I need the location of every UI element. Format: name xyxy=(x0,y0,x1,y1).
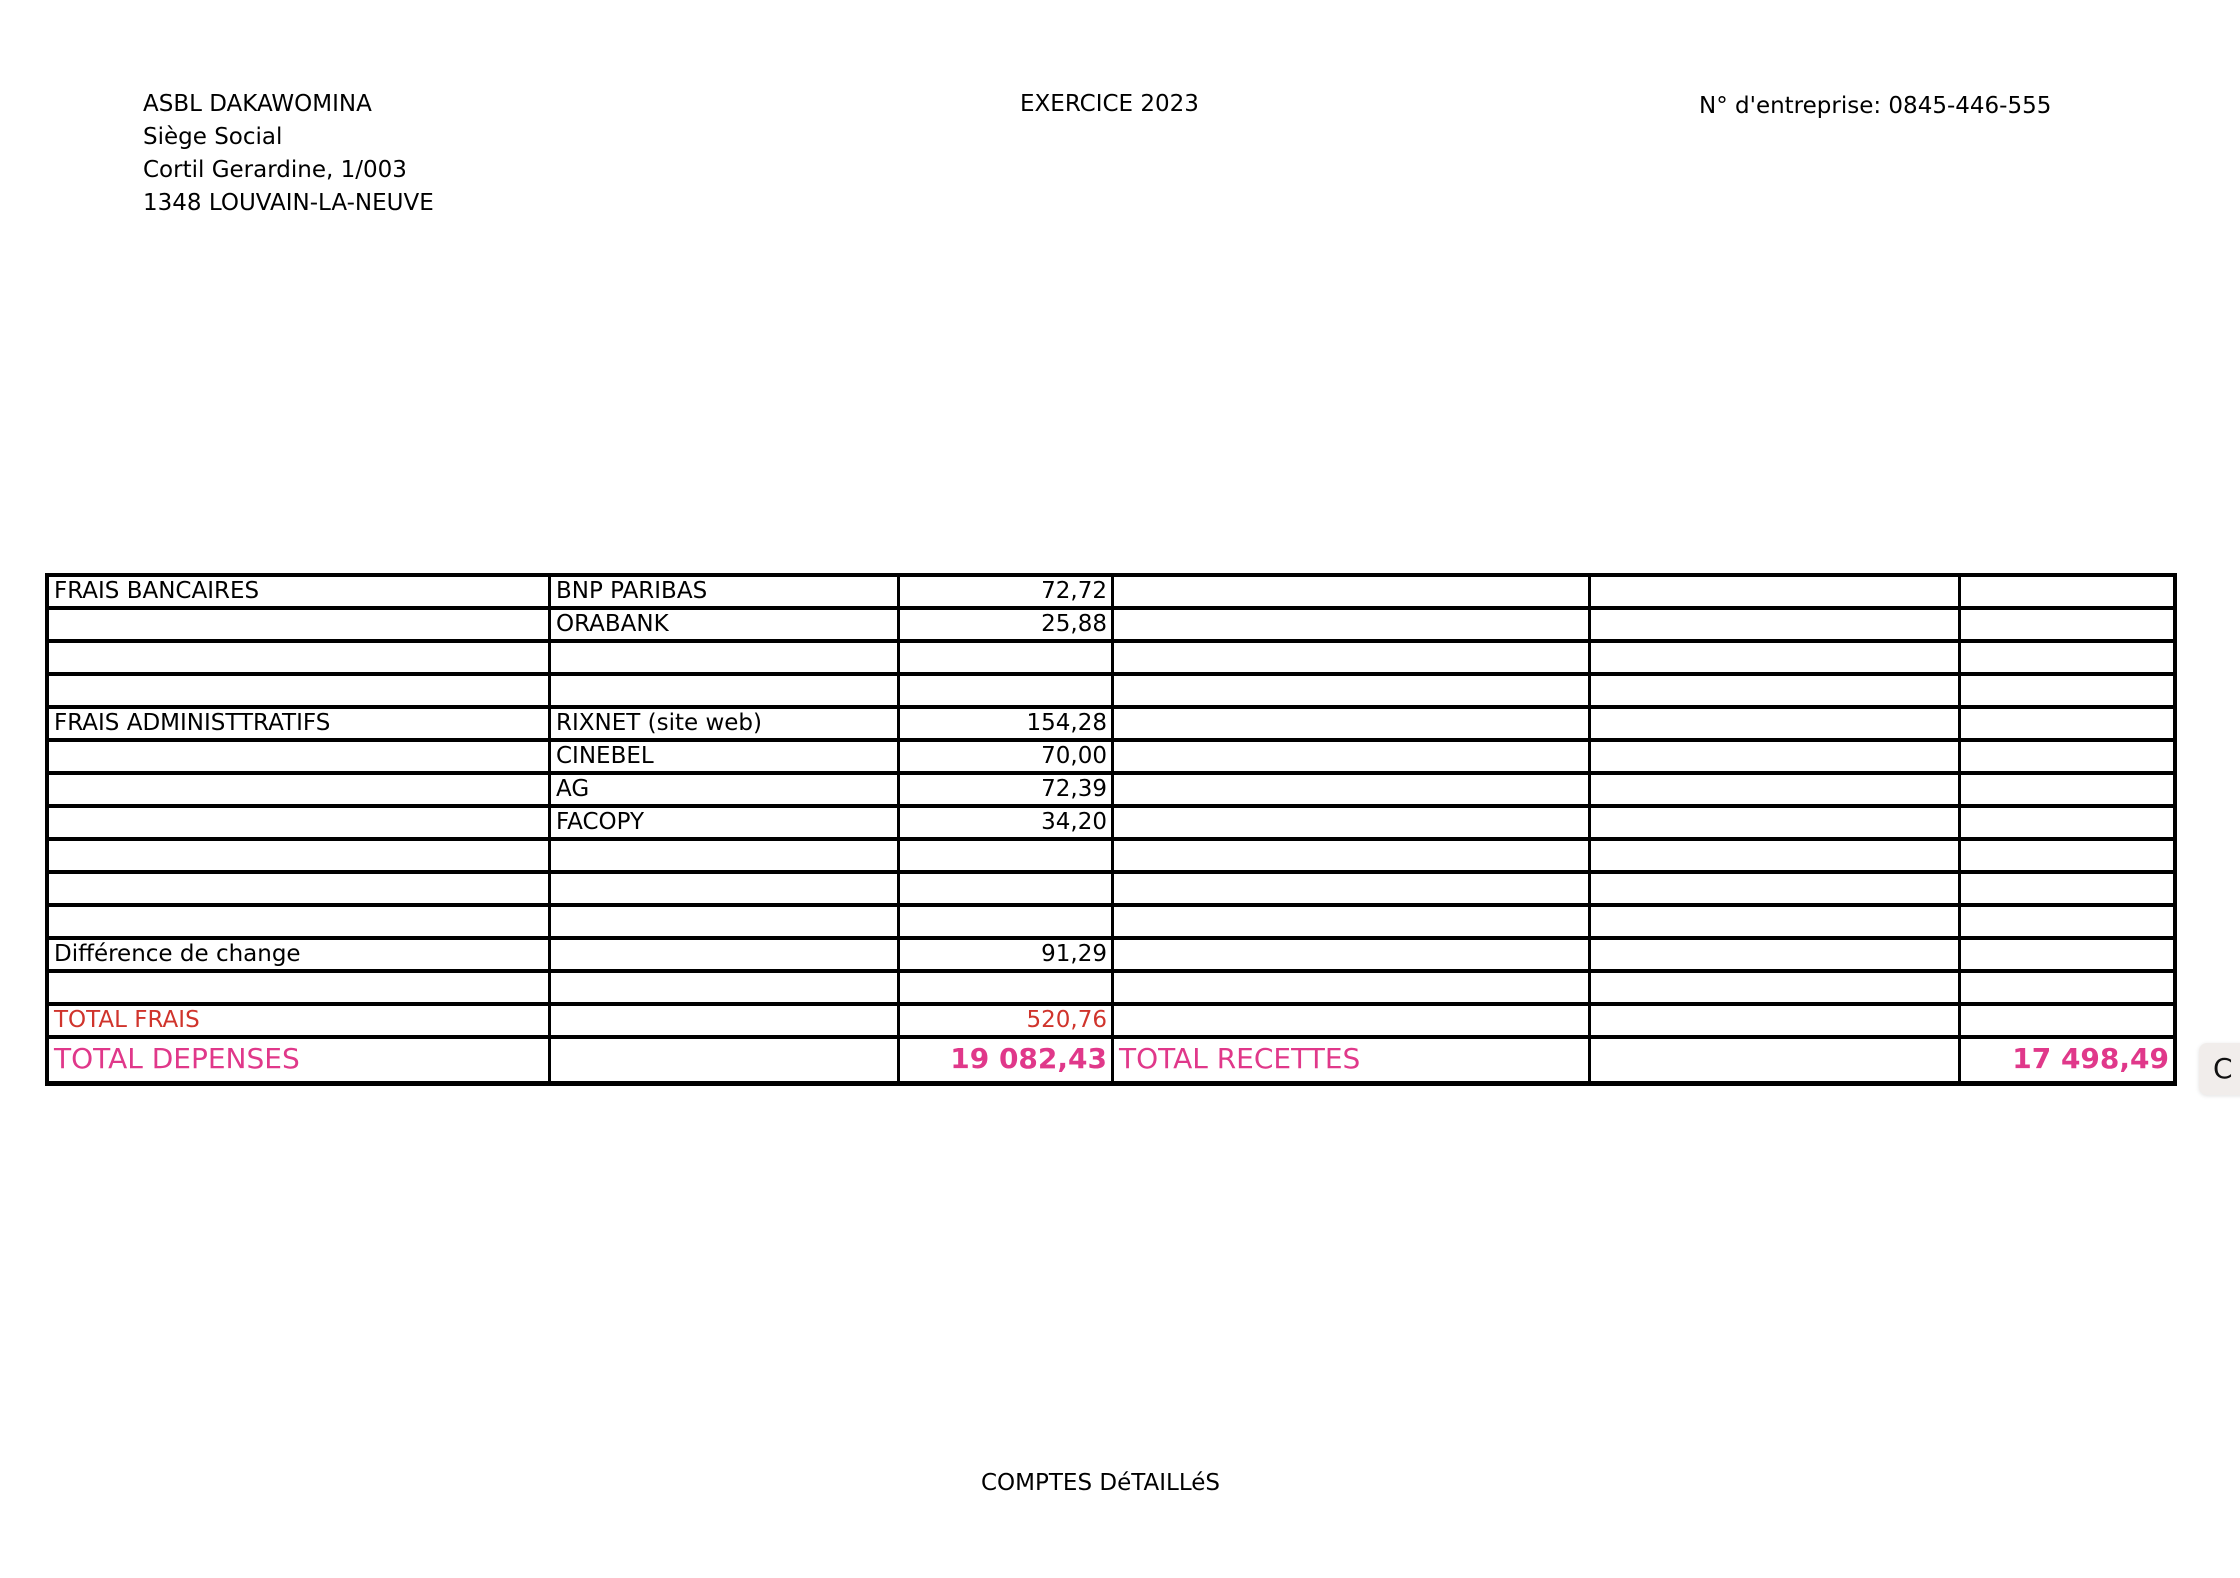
income-item-cell xyxy=(1591,874,1961,903)
enterprise-number: N° d'entreprise: 0845-446-555 xyxy=(1699,90,2051,123)
income-label-cell xyxy=(1114,874,1591,903)
table-cell xyxy=(1591,1006,1961,1035)
income-amount-cell xyxy=(1961,940,2173,969)
amount-cell xyxy=(900,973,1114,1002)
income-label-cell xyxy=(1114,742,1591,771)
item-cell xyxy=(551,841,900,870)
category-cell xyxy=(49,643,551,672)
table-row: FACOPY34,20 xyxy=(49,808,2173,841)
income-label-cell xyxy=(1114,676,1591,705)
category-cell xyxy=(49,841,551,870)
income-label-cell xyxy=(1114,775,1591,804)
item-cell: CINEBEL xyxy=(551,742,900,771)
table-row xyxy=(49,874,2173,907)
amount-cell: 34,20 xyxy=(900,808,1114,837)
total-frais-label: TOTAL FRAIS xyxy=(49,1006,551,1035)
income-label-cell xyxy=(1114,610,1591,639)
table-row: FRAIS ADMINISTTRATIFSRIXNET (site web)15… xyxy=(49,709,2173,742)
income-item-cell xyxy=(1591,709,1961,738)
item-cell xyxy=(551,874,900,903)
total-income-label: TOTAL RECETTES xyxy=(1114,1039,1591,1081)
table-row xyxy=(49,643,2173,676)
total-income-amount: 17 498,49 xyxy=(1961,1039,2173,1081)
item-cell xyxy=(551,676,900,705)
income-item-cell xyxy=(1591,907,1961,936)
income-label-cell xyxy=(1114,841,1591,870)
amount-cell xyxy=(900,676,1114,705)
item-cell: AG xyxy=(551,775,900,804)
table-cell xyxy=(1591,1039,1961,1081)
category-cell xyxy=(49,775,551,804)
income-label-cell xyxy=(1114,973,1591,1002)
income-item-cell xyxy=(1591,643,1961,672)
table-cell xyxy=(1114,1006,1591,1035)
accounts-table: FRAIS BANCAIRESBNP PARIBAS72,72ORABANK25… xyxy=(45,573,2177,1086)
item-cell: BNP PARIBAS xyxy=(551,577,900,606)
table-row xyxy=(49,676,2173,709)
item-cell: RIXNET (site web) xyxy=(551,709,900,738)
exercise-year: EXERCICE 2023 xyxy=(1020,88,1199,121)
amount-cell xyxy=(900,874,1114,903)
item-cell xyxy=(551,907,900,936)
income-amount-cell xyxy=(1961,643,2173,672)
category-cell xyxy=(49,874,551,903)
amount-cell xyxy=(900,907,1114,936)
category-cell: Différence de change xyxy=(49,940,551,969)
org-seat: Siège Social xyxy=(143,121,434,154)
table-row xyxy=(49,973,2173,1006)
item-cell: FACOPY xyxy=(551,808,900,837)
table-cell xyxy=(551,1006,900,1035)
income-amount-cell xyxy=(1961,841,2173,870)
table-row: AG72,39 xyxy=(49,775,2173,808)
category-cell: FRAIS BANCAIRES xyxy=(49,577,551,606)
table-cell xyxy=(551,1039,900,1081)
income-item-cell xyxy=(1591,742,1961,771)
income-amount-cell xyxy=(1961,907,2173,936)
category-cell xyxy=(49,973,551,1002)
amount-cell: 72,72 xyxy=(900,577,1114,606)
totals-row: TOTAL DEPENSES 19 082,43 TOTAL RECETTES … xyxy=(49,1039,2173,1081)
amount-cell: 91,29 xyxy=(900,940,1114,969)
amount-cell: 154,28 xyxy=(900,709,1114,738)
income-item-cell xyxy=(1591,610,1961,639)
footer-title: COMPTES DéTAILLéS xyxy=(981,1470,1220,1496)
income-label-cell xyxy=(1114,643,1591,672)
amount-cell: 25,88 xyxy=(900,610,1114,639)
income-amount-cell xyxy=(1961,709,2173,738)
amount-cell: 70,00 xyxy=(900,742,1114,771)
amount-cell xyxy=(900,643,1114,672)
category-cell xyxy=(49,742,551,771)
income-amount-cell xyxy=(1961,775,2173,804)
income-amount-cell xyxy=(1961,577,2173,606)
income-label-cell xyxy=(1114,907,1591,936)
amount-cell: 72,39 xyxy=(900,775,1114,804)
org-name: ASBL DAKAWOMINA xyxy=(143,88,434,121)
table-row: CINEBEL70,00 xyxy=(49,742,2173,775)
table-row: Différence de change91,29 xyxy=(49,940,2173,973)
income-amount-cell xyxy=(1961,973,2173,1002)
income-label-cell xyxy=(1114,808,1591,837)
category-cell: FRAIS ADMINISTTRATIFS xyxy=(49,709,551,738)
income-item-cell xyxy=(1591,775,1961,804)
table-row: ORABANK25,88 xyxy=(49,610,2173,643)
table-row xyxy=(49,841,2173,874)
income-amount-cell xyxy=(1961,874,2173,903)
category-cell xyxy=(49,676,551,705)
income-item-cell xyxy=(1591,973,1961,1002)
income-amount-cell xyxy=(1961,610,2173,639)
side-panel-button[interactable]: C xyxy=(2199,1043,2240,1095)
total-frais-row: TOTAL FRAIS 520,76 xyxy=(49,1006,2173,1039)
category-cell xyxy=(49,610,551,639)
item-cell: ORABANK xyxy=(551,610,900,639)
table-body: FRAIS BANCAIRESBNP PARIBAS72,72ORABANK25… xyxy=(49,577,2173,1006)
income-item-cell xyxy=(1591,808,1961,837)
total-frais-amount: 520,76 xyxy=(900,1006,1114,1035)
income-amount-cell xyxy=(1961,676,2173,705)
income-item-cell xyxy=(1591,940,1961,969)
table-row: FRAIS BANCAIRESBNP PARIBAS72,72 xyxy=(49,577,2173,610)
income-item-cell xyxy=(1591,676,1961,705)
income-amount-cell xyxy=(1961,808,2173,837)
organization-address: ASBL DAKAWOMINA Siège Social Cortil Gera… xyxy=(143,88,434,220)
item-cell xyxy=(551,973,900,1002)
table-row xyxy=(49,907,2173,940)
amount-cell xyxy=(900,841,1114,870)
total-expenses-amount: 19 082,43 xyxy=(900,1039,1114,1081)
income-label-cell xyxy=(1114,709,1591,738)
income-label-cell xyxy=(1114,940,1591,969)
item-cell xyxy=(551,643,900,672)
income-label-cell xyxy=(1114,577,1591,606)
income-amount-cell xyxy=(1961,742,2173,771)
category-cell xyxy=(49,808,551,837)
item-cell xyxy=(551,940,900,969)
income-item-cell xyxy=(1591,577,1961,606)
income-item-cell xyxy=(1591,841,1961,870)
category-cell xyxy=(49,907,551,936)
table-cell xyxy=(1961,1006,2173,1035)
total-expenses-label: TOTAL DEPENSES xyxy=(49,1039,551,1081)
org-city: 1348 LOUVAIN-LA-NEUVE xyxy=(143,187,434,220)
org-street: Cortil Gerardine, 1/003 xyxy=(143,154,434,187)
